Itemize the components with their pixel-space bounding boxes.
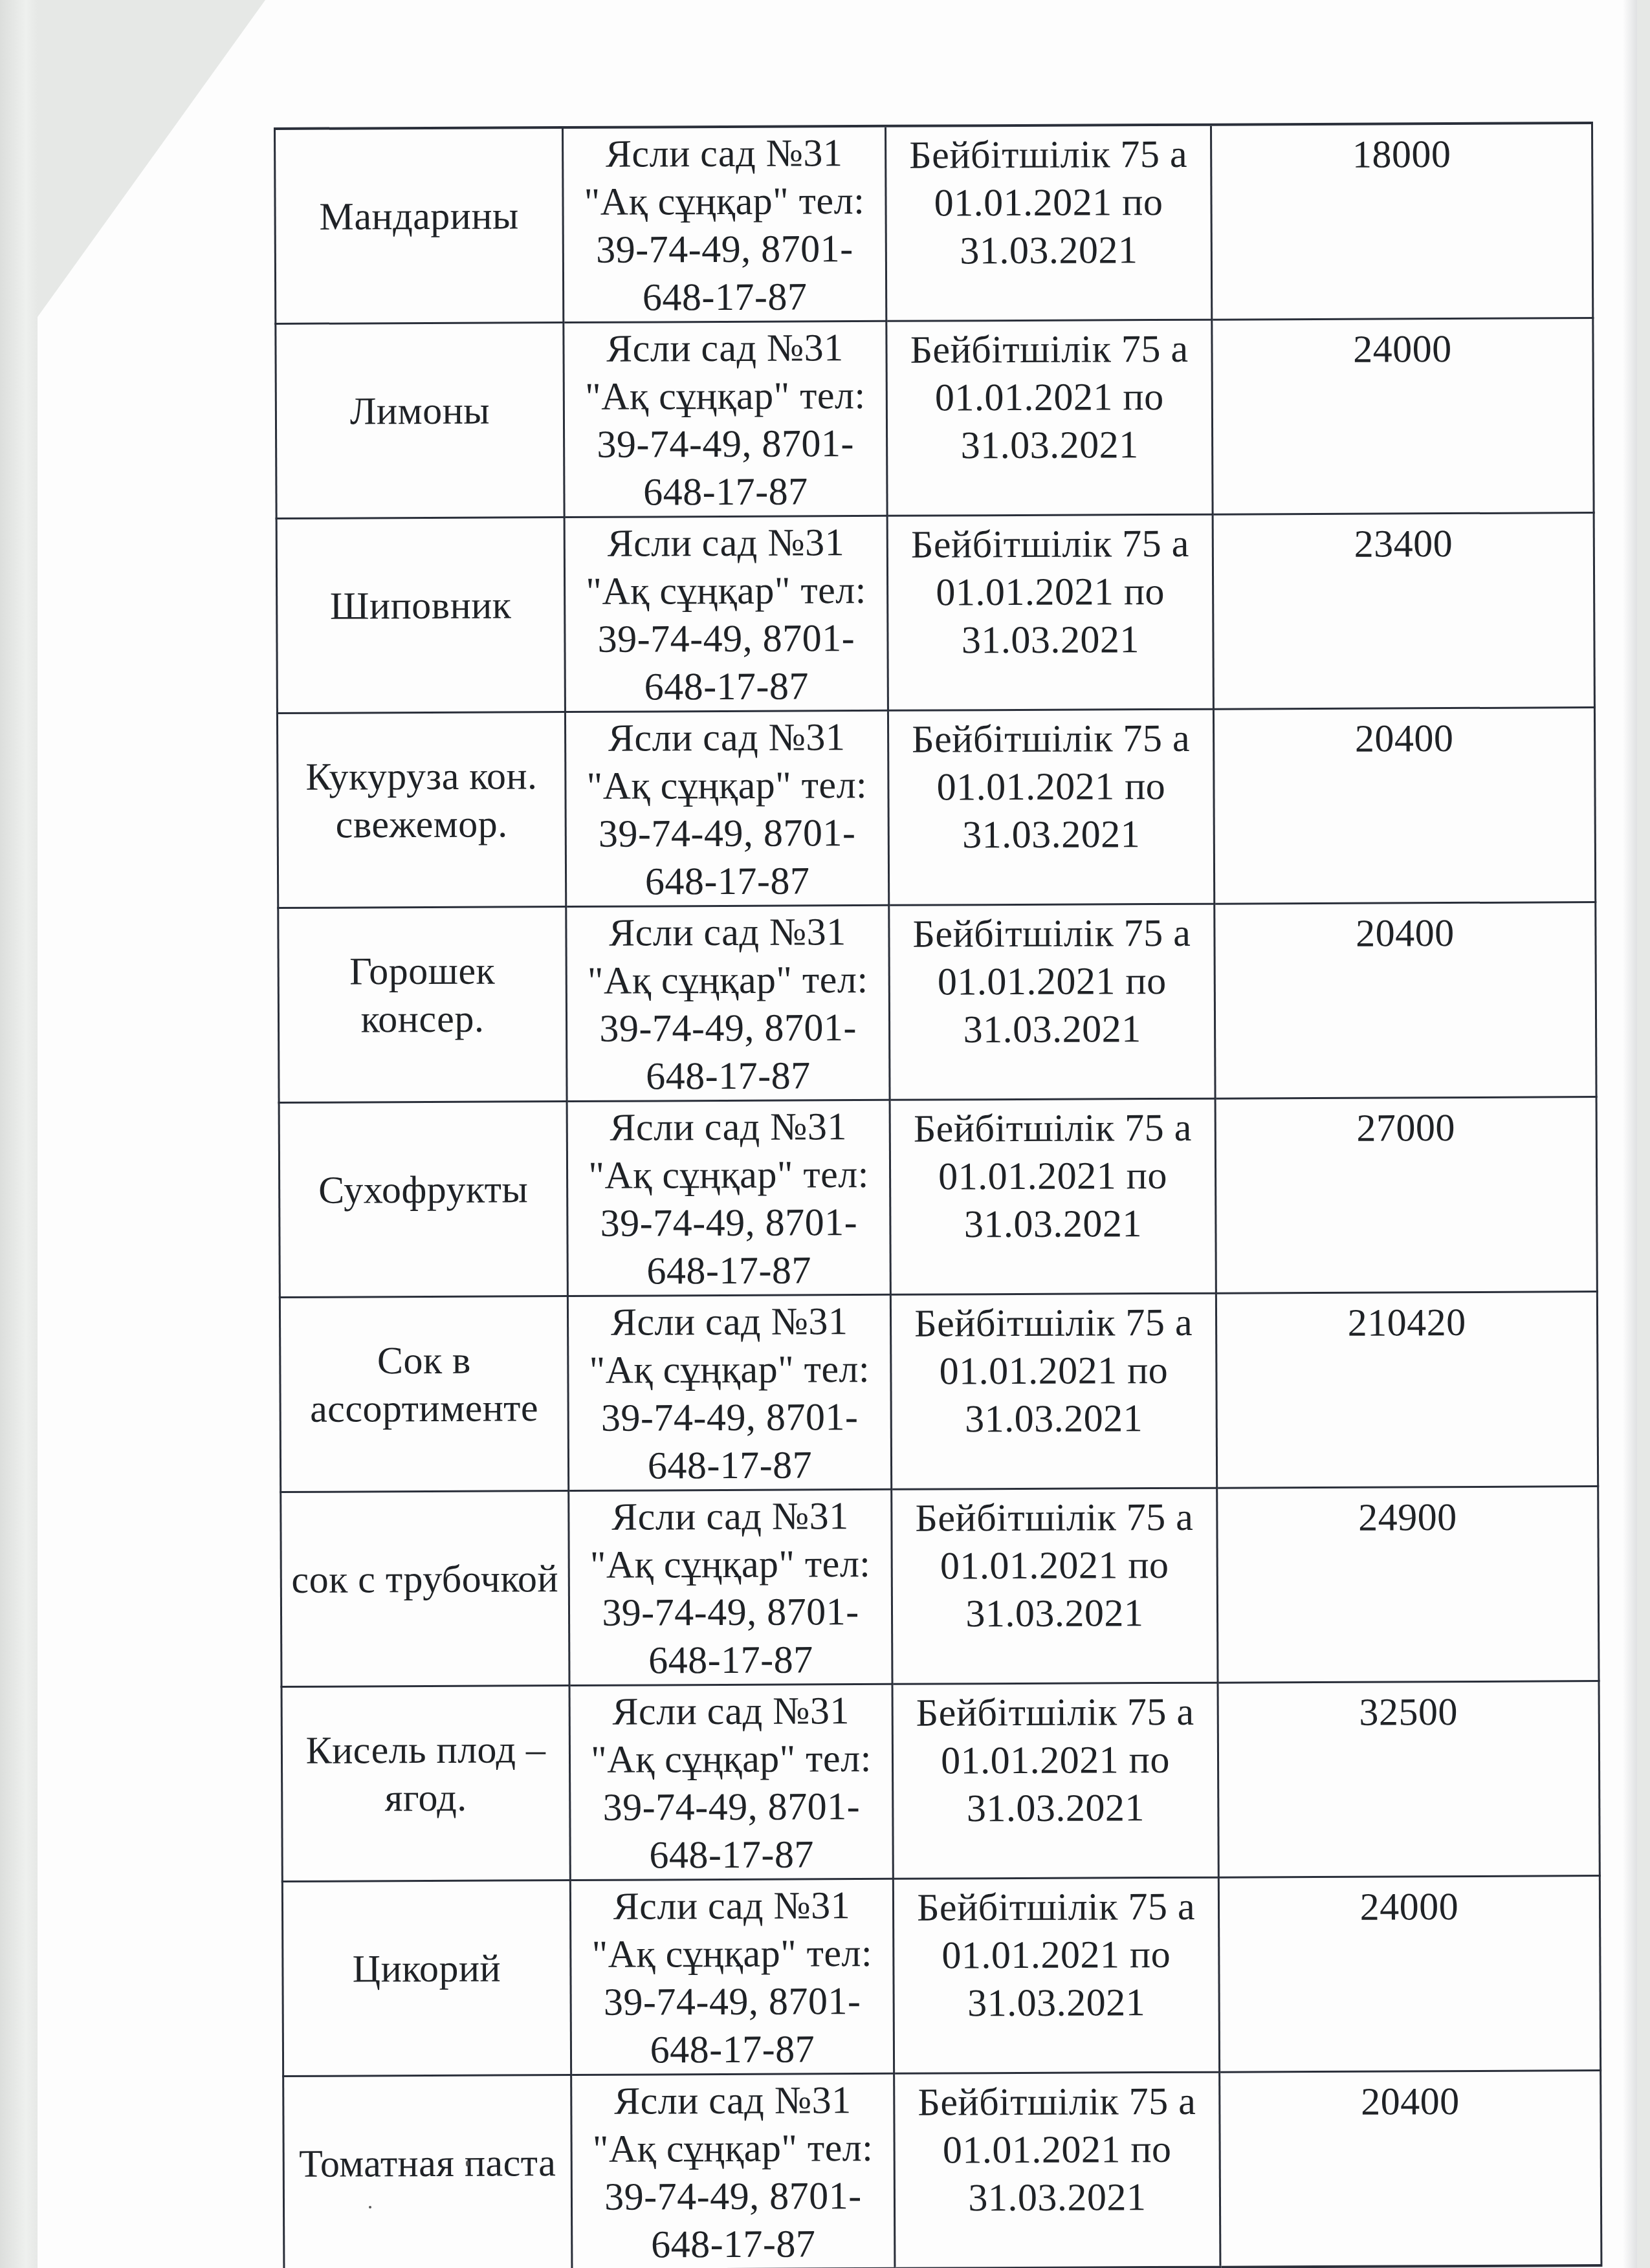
- item-name: Томатная паста: [299, 2139, 556, 2207]
- amount-value: 20400: [1361, 2080, 1460, 2123]
- address-period-cell: Бейбітшілік 75 а01.01.2021 по31.03.2021: [894, 2072, 1220, 2268]
- item-cell: Горошек консер.: [278, 907, 567, 1103]
- item-name: Горошек консер.: [285, 946, 561, 1063]
- supply-table-container: Мандарины Ясли сад №31"Ақ сұңқар" тел:39…: [274, 122, 1602, 2268]
- organization-line: "Ақ сұңқар" тел:: [571, 566, 881, 615]
- item-cell: Сок в ассортименте: [280, 1296, 568, 1492]
- organization-cell: Ясли сад №31"Ақ сұңқар" тел:39-74-49, 87…: [570, 1879, 894, 2075]
- address-period-line: Бейбітшілік 75 а: [892, 130, 1205, 179]
- amount-cell: 24000: [1212, 318, 1594, 515]
- address-period-line: 31.03.2021: [900, 1978, 1213, 2027]
- address-period-line: 31.03.2021: [894, 615, 1207, 664]
- organization-line: 648-17-87: [574, 1246, 885, 1295]
- address-period-cell: Бейбітшілік 75 а01.01.2021 по31.03.2021: [890, 1098, 1216, 1294]
- address-period-cell: Бейбітшілік 75 а01.01.2021 по31.03.2021: [885, 125, 1211, 322]
- item-cell: Кисель плод – ягод.: [281, 1686, 570, 1882]
- organization-line: "Ақ сұңқар" тел:: [573, 955, 883, 1005]
- organization-line: 648-17-87: [569, 272, 880, 322]
- amount-cell: 210420: [1216, 1292, 1598, 1488]
- organization-line: "Ақ сұңқар" тел:: [575, 1540, 886, 1589]
- amount-value: 23400: [1354, 522, 1453, 565]
- amount-cell: 24900: [1217, 1487, 1599, 1683]
- organization-line: "Ақ сұңқар" тел:: [577, 2124, 888, 2173]
- organization-line: 648-17-87: [572, 856, 883, 906]
- organization-line: Ясли сад №31: [576, 1686, 886, 1736]
- organization-line: 39-74-49, 8701-: [569, 224, 880, 274]
- address-period-cell: Бейбітшілік 75 а01.01.2021 по31.03.2021: [886, 320, 1213, 516]
- address-period-line: Бейбітшілік 75 а: [899, 1882, 1213, 1932]
- scan-speck: [670, 2151, 672, 2153]
- address-period-line: 01.01.2021 по: [893, 373, 1206, 422]
- amount-value: 24000: [1360, 1885, 1459, 1928]
- organization-line: "Ақ сұңқар" тел:: [569, 177, 879, 226]
- address-period-line: 01.01.2021 по: [899, 1930, 1213, 1979]
- organization-cell: Ясли сад №31"Ақ сұңқар" тел:39-74-49, 87…: [565, 710, 888, 906]
- address-period-line: Бейбітшілік 75 а: [897, 1298, 1210, 1347]
- organization-line: 39-74-49, 8701-: [572, 809, 883, 858]
- organization-line: 648-17-87: [578, 2219, 888, 2268]
- amount-value: 32500: [1359, 1690, 1458, 1734]
- organization-line: "Ақ сұңқар" тел:: [576, 1734, 886, 1783]
- organization-line: Ясли сад №31: [574, 1297, 885, 1346]
- address-period-line: 01.01.2021 по: [898, 1541, 1211, 1590]
- scan-speck: [466, 2161, 469, 2166]
- organization-line: 648-17-87: [576, 1830, 886, 1879]
- item-name: Кисель плод – ягод.: [288, 1725, 564, 1842]
- address-period-line: 01.01.2021 по: [897, 1346, 1210, 1395]
- table-row: Сок в ассортименте Ясли сад №31"Ақ сұңқа…: [280, 1292, 1598, 1492]
- organization-line: "Ақ сұңқар" тел:: [574, 1345, 885, 1394]
- address-period-line: 31.03.2021: [893, 420, 1206, 470]
- amount-cell: 23400: [1213, 513, 1594, 710]
- organization-line: Ясли сад №31: [577, 2076, 888, 2125]
- table-row: Томатная паста Ясли сад №31"Ақ сұңқар" т…: [283, 2071, 1601, 2268]
- address-period-line: Бейбітшілік 75 а: [900, 2077, 1213, 2126]
- item-name: сок с трубочкой: [291, 1554, 558, 1623]
- amount-value: 210420: [1347, 1301, 1466, 1344]
- amount-cell: 18000: [1211, 123, 1592, 320]
- address-period-line: Бейбітшілік 75 а: [894, 714, 1207, 763]
- organization-line: 648-17-87: [575, 1635, 886, 1685]
- amount-value: 18000: [1352, 133, 1451, 176]
- organization-line: Ясли сад №31: [571, 518, 881, 567]
- organization-line: "Ақ сұңқар" тел:: [570, 371, 881, 420]
- address-period-line: 01.01.2021 по: [892, 178, 1205, 227]
- table-row: Горошек консер. Ясли сад №31"Ақ сұңқар" …: [278, 902, 1596, 1103]
- organization-cell: Ясли сад №31"Ақ сұңқар" тел:39-74-49, 87…: [564, 321, 887, 517]
- address-period-cell: Бейбітшілік 75 а01.01.2021 по31.03.2021: [890, 1293, 1216, 1489]
- amount-value: 27000: [1356, 1106, 1455, 1150]
- item-cell: сок с трубочкой: [281, 1491, 569, 1687]
- address-period-line: 31.03.2021: [899, 1783, 1212, 1833]
- address-period-cell: Бейбітшілік 75 а01.01.2021 по31.03.2021: [892, 1488, 1218, 1684]
- scan-speck: [369, 2206, 371, 2208]
- address-period-line: 31.03.2021: [896, 1199, 1209, 1248]
- table-row: Лимоны Ясли сад №31"Ақ сұңқар" тел:39-74…: [276, 318, 1594, 519]
- item-name: Сухофрукты: [318, 1165, 529, 1233]
- item-cell: Цикорий: [282, 1881, 571, 2077]
- address-period-cell: Бейбітшілік 75 а01.01.2021 по31.03.2021: [889, 904, 1215, 1100]
- organization-line: 39-74-49, 8701-: [570, 419, 881, 468]
- amount-cell: 24000: [1218, 1876, 1600, 2073]
- organization-line: Ясли сад №31: [577, 1881, 887, 1930]
- item-name: Мандарины: [319, 191, 519, 259]
- amount-value: 24900: [1358, 1496, 1457, 1539]
- address-period-line: 31.03.2021: [898, 1589, 1211, 1638]
- organization-line: Ясли сад №31: [571, 713, 882, 762]
- item-cell: Мандарины: [275, 127, 564, 323]
- organization-line: "Ақ сұңқар" тел:: [577, 1929, 887, 1978]
- organization-line: Ясли сад №31: [573, 1102, 884, 1151]
- item-cell: Лимоны: [276, 323, 564, 519]
- organization-line: 648-17-87: [573, 1051, 883, 1100]
- amount-value: 24000: [1353, 327, 1452, 371]
- organization-line: 39-74-49, 8701-: [578, 2172, 888, 2221]
- amount-cell: 20400: [1220, 2071, 1601, 2267]
- organization-cell: Ясли сад №31"Ақ сұңқар" тел:39-74-49, 87…: [571, 2073, 895, 2268]
- organization-line: 39-74-49, 8701-: [576, 1782, 886, 1831]
- organization-line: "Ақ сұңқар" тел:: [571, 761, 882, 810]
- address-period-line: 31.03.2021: [901, 2173, 1214, 2222]
- organization-line: Ясли сад №31: [569, 323, 880, 373]
- address-period-line: 31.03.2021: [895, 810, 1208, 859]
- item-cell: Шиповник: [276, 518, 565, 714]
- organization-line: 39-74-49, 8701-: [573, 1198, 884, 1247]
- organization-line: Ясли сад №31: [572, 908, 883, 957]
- organization-line: 648-17-87: [570, 467, 881, 516]
- table-row: сок с трубочкой Ясли сад №31"Ақ сұңқар" …: [281, 1487, 1599, 1687]
- address-period-line: 31.03.2021: [897, 1394, 1211, 1443]
- address-period-line: 01.01.2021 по: [900, 2125, 1213, 2174]
- organization-line: "Ақ сұңқар" тел:: [573, 1150, 884, 1199]
- address-period-line: Бейбітшілік 75 а: [894, 519, 1207, 569]
- address-period-line: Бейбітшілік 75 а: [899, 1688, 1212, 1737]
- address-period-line: 01.01.2021 по: [896, 957, 1209, 1006]
- item-cell: Томатная паста: [283, 2075, 572, 2268]
- item-cell: Кукуруза кон. свежемор.: [277, 712, 566, 908]
- table-row: Кукуруза кон. свежемор. Ясли сад №31"Ақ …: [277, 708, 1595, 908]
- organization-line: Ясли сад №31: [569, 129, 879, 178]
- address-period-line: 31.03.2021: [892, 226, 1205, 275]
- item-name: Цикорий: [353, 1944, 501, 2012]
- item-name: Шиповник: [330, 581, 512, 649]
- address-period-cell: Бейбітшілік 75 а01.01.2021 по31.03.2021: [893, 1877, 1219, 2073]
- address-period-cell: Бейбітшілік 75 а01.01.2021 по31.03.2021: [888, 709, 1214, 905]
- amount-value: 20400: [1356, 911, 1455, 955]
- organization-cell: Ясли сад №31"Ақ сұңқар" тел:39-74-49, 87…: [564, 516, 888, 712]
- organization-cell: Ясли сад №31"Ақ сұңқар" тел:39-74-49, 87…: [569, 1684, 893, 1880]
- organization-cell: Ясли сад №31"Ақ сұңқар" тел:39-74-49, 87…: [569, 1489, 892, 1685]
- address-period-line: Бейбітшілік 75 а: [896, 1104, 1209, 1153]
- organization-cell: Ясли сад №31"Ақ сұңқар" тел:39-74-49, 87…: [567, 1100, 890, 1296]
- table-row: Кисель плод – ягод. Ясли сад №31"Ақ сұңқ…: [281, 1681, 1600, 1882]
- address-period-line: 01.01.2021 по: [894, 762, 1207, 811]
- address-period-line: 01.01.2021 по: [896, 1151, 1209, 1201]
- item-name: Сок в ассортименте: [286, 1336, 562, 1452]
- address-period-line: 01.01.2021 по: [899, 1736, 1212, 1785]
- item-name: Кукуруза кон. свежемор.: [283, 752, 560, 868]
- supply-table: Мандарины Ясли сад №31"Ақ сұңқар" тел:39…: [274, 122, 1602, 2268]
- organization-line: Ясли сад №31: [575, 1492, 885, 1541]
- item-name: Лимоны: [350, 387, 490, 455]
- table-row: Сухофрукты Ясли сад №31"Ақ сұңқар" тел:3…: [279, 1097, 1597, 1298]
- organization-cell: Ясли сад №31"Ақ сұңқар" тел:39-74-49, 87…: [563, 126, 886, 323]
- address-period-cell: Бейбітшілік 75 а01.01.2021 по31.03.2021: [887, 514, 1213, 710]
- amount-value: 20400: [1355, 717, 1454, 760]
- organization-line: 39-74-49, 8701-: [573, 1003, 883, 1052]
- address-period-line: Бейбітшілік 75 а: [895, 909, 1208, 958]
- table-row: Цикорий Ясли сад №31"Ақ сұңқар" тел:39-7…: [282, 1876, 1600, 2077]
- address-period-line: 01.01.2021 по: [894, 567, 1207, 616]
- organization-line: 39-74-49, 8701-: [575, 1587, 886, 1637]
- organization-line: 39-74-49, 8701-: [575, 1393, 885, 1442]
- organization-line: 648-17-87: [577, 2025, 888, 2074]
- organization-line: 39-74-49, 8701-: [577, 1977, 887, 2026]
- address-period-line: Бейбітшілік 75 а: [892, 325, 1205, 374]
- address-period-line: 31.03.2021: [896, 1005, 1209, 1054]
- organization-line: 39-74-49, 8701-: [571, 614, 881, 663]
- address-period-line: Бейбітшілік 75 а: [897, 1493, 1211, 1542]
- organization-cell: Ясли сад №31"Ақ сұңқар" тел:39-74-49, 87…: [567, 1294, 891, 1490]
- organization-line: 648-17-87: [575, 1441, 885, 1490]
- item-cell: Сухофрукты: [279, 1102, 567, 1298]
- amount-cell: 20400: [1215, 902, 1596, 1099]
- amount-cell: 20400: [1213, 708, 1595, 904]
- address-period-cell: Бейбітшілік 75 а01.01.2021 по31.03.2021: [892, 1683, 1218, 1879]
- amount-cell: 32500: [1218, 1681, 1600, 1878]
- organization-line: 648-17-87: [571, 662, 882, 711]
- table-row: Шиповник Ясли сад №31"Ақ сұңқар" тел:39-…: [276, 513, 1594, 714]
- amount-cell: 27000: [1215, 1097, 1597, 1294]
- table-row: Мандарины Ясли сад №31"Ақ сұңқар" тел:39…: [275, 123, 1593, 323]
- organization-cell: Ясли сад №31"Ақ сұңқар" тел:39-74-49, 87…: [566, 905, 890, 1101]
